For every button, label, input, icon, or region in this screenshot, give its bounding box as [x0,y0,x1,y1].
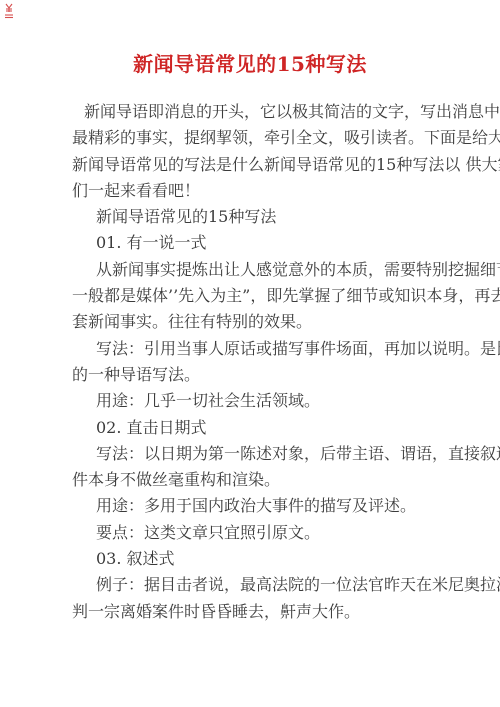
text-line: 用途：多用于国内政治大事件的描写及评述。 [72,493,434,519]
text-line: 套新闻事实。往往有特别的效果。 [72,309,434,335]
text-line: 新闻导语常见的写法是什么新闻导语常见的15种写法以 供大家参考，我 [72,152,434,178]
document-title: 新闻导语常见的15种写法 [0,50,500,78]
text-line-heading-01: 01. 有一说一式 [72,230,434,256]
text-line: 新闻导语即消息的开头，它以极其简洁的文字，写出消息中最 重要、 [72,99,434,125]
text-line: 们一起来看看吧！ [72,178,434,204]
document-page: 新闻导语常见的15种写法 新闻导语即消息的开头，它以极其简洁的文字，写出消息中最… [0,0,500,707]
text-line-heading-02: 02. 直击日期式 [72,415,434,441]
text-line: 的一种导语写法。 [72,362,434,388]
text-line: 要点：这类文章只宜照引原文。 [72,520,434,546]
text-line: 例子：据目击者说，最高法院的一位法官昨天在米尼奥拉法院的 审 [72,572,434,598]
text-line: 写法：引用当事人原话或描写事件场面，再加以说明。是比较常 见 [72,336,434,362]
text-line: 件本身不做丝毫重构和渲染。 [72,467,434,493]
text-line: 一般都是媒体’’先入为主”，即先掌握了细节或知识本身，再去 刻意地 [72,283,434,309]
document-body: 新闻导语即消息的开头，它以极其简洁的文字，写出消息中最 重要、 最精彩的事实，提… [72,99,434,625]
text-line: 用途：几乎一切社会生活领域。 [72,388,434,414]
red-watermark-icon [4,3,16,19]
text-line: 写法：以日期为第一陈述对象，后带主语、谓语，直接叙述。对 事 [72,441,434,467]
text-line-subtitle: 新闻导语常见的15种写法 [72,204,434,230]
text-line-heading-03: 03. 叙述式 [72,546,434,572]
text-line: 最精彩的事实，提纲挈领，牵引全文，吸引读者。下面是给大 家带来的 [72,125,434,151]
text-line: 从新闻事实提炼出让人感觉意外的本质，需要特别挖掘细节或知 识。 [72,257,434,283]
text-line: 判一宗离婚案件时昏昏睡去，鼾声大作。 [72,599,434,625]
